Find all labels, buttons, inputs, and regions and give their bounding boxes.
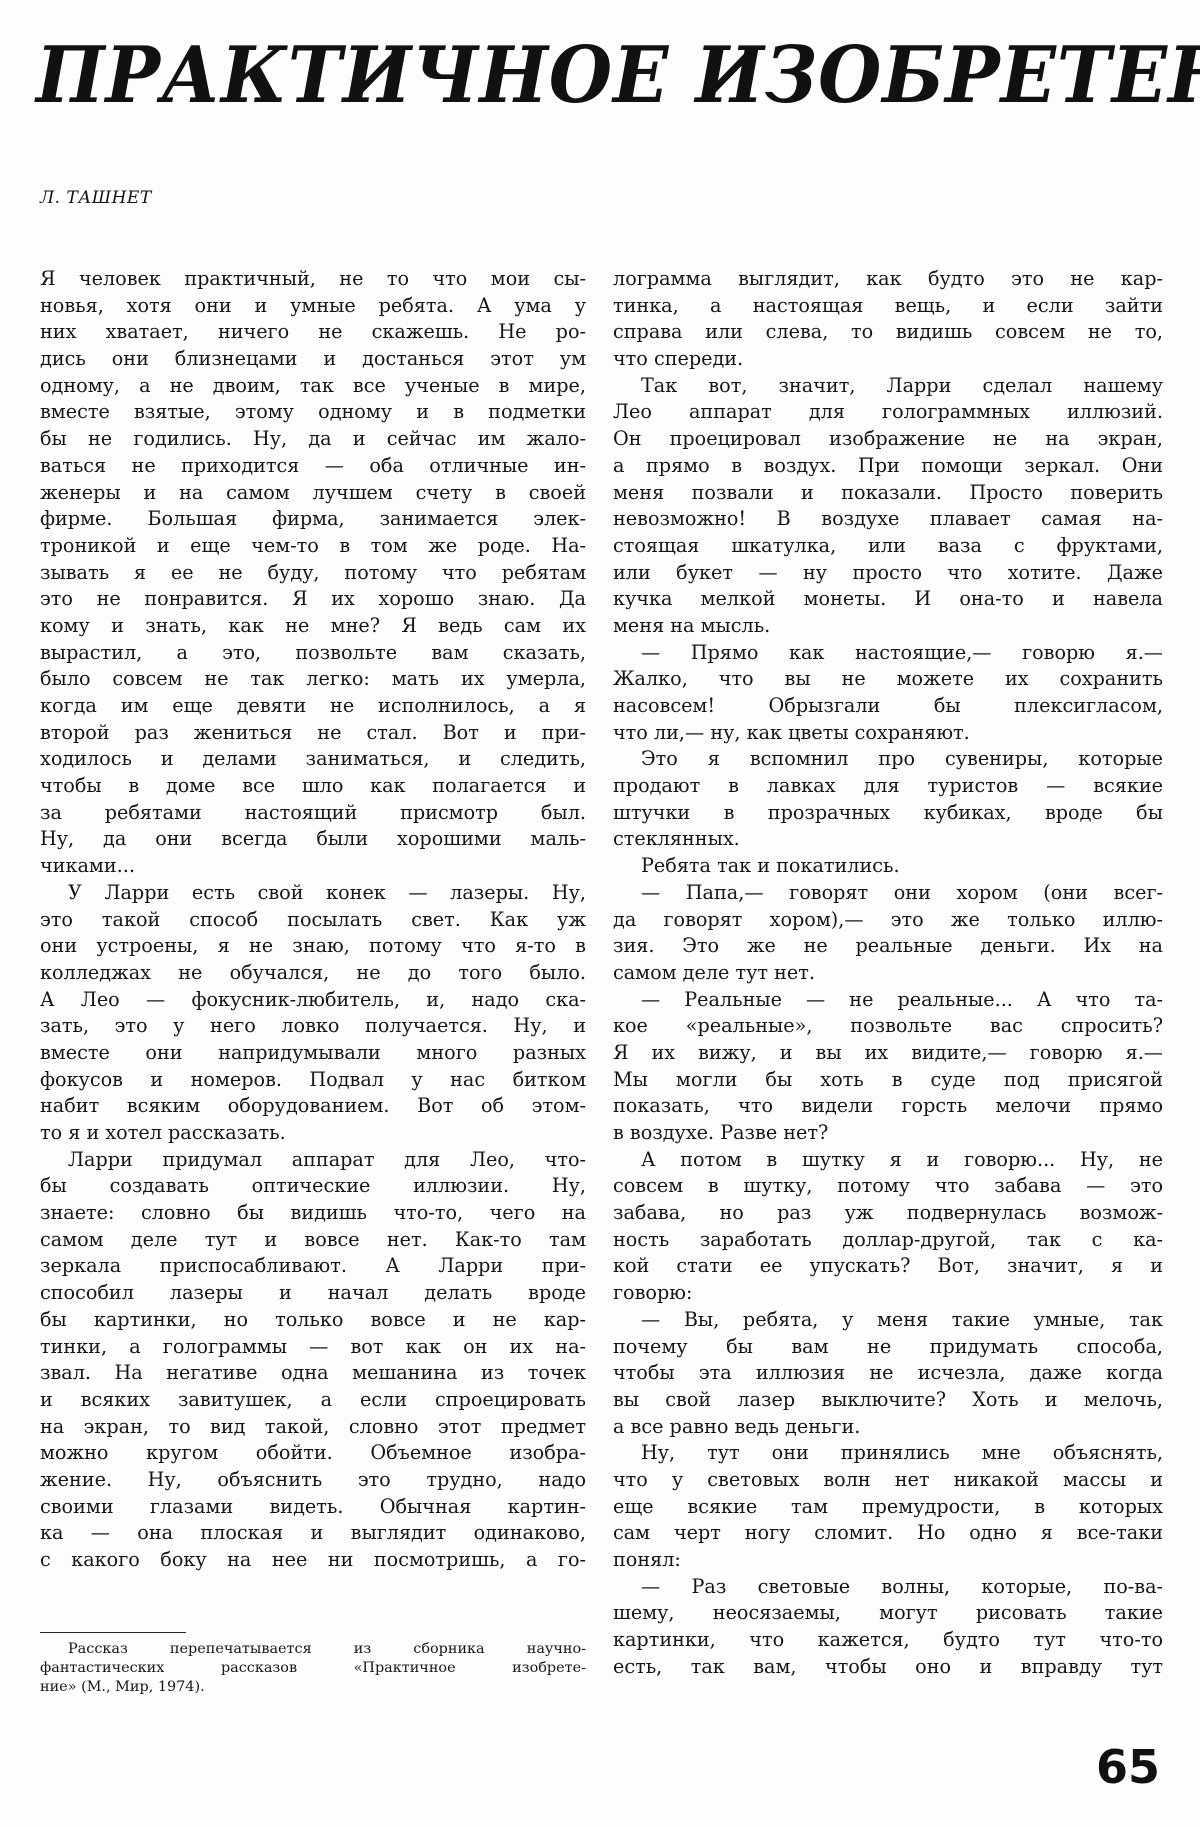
text-line: было совсем не так легко: мать их умерла…	[40, 666, 586, 693]
text-line: насовсем! Обрызгали бы плексигласом,	[613, 693, 1163, 720]
text-line: одному, а не двоим, так все ученые в мир…	[40, 373, 586, 400]
text-line: вырастил, а это, позвольте вам сказать,	[40, 640, 586, 667]
text-line: с какого боку на нее ни посмотришь, а го…	[40, 1547, 586, 1574]
text-line: А Лео — фокусник-любитель, и, надо ска-	[40, 987, 586, 1014]
text-line: за ребятами настоящий присмотр был.	[40, 800, 586, 827]
text-line: Ну, тут они принялись мне объяснять,	[613, 1440, 1163, 1467]
text-line: на экран, то вид такой, словно этот пред…	[40, 1414, 586, 1441]
text-line: троникой и еще чем-то в том же роде. На-	[40, 533, 586, 560]
text-line: жение. Ну, объяснить это трудно, надо	[40, 1467, 586, 1494]
text-line: сам черт ногу сломит. Но одно я все-таки	[613, 1520, 1163, 1547]
text-line: Лео аппарат для голограммных иллюзий.	[613, 399, 1163, 426]
text-line: Ларри придумал аппарат для Лео, что-	[40, 1147, 586, 1174]
text-line: — Прямо как настоящие,— говорю я.—	[613, 640, 1163, 667]
text-line: да говорят хором),— это же только иллю-	[613, 907, 1163, 934]
text-line: дись они близнецами и достанься этот ум	[40, 346, 586, 373]
text-line: есть, так вам, чтобы оно и вправду тут	[613, 1654, 1163, 1681]
page-number: 65	[1096, 1740, 1160, 1794]
text-line: кое «реальные», позвольте вас спросить?	[613, 1013, 1163, 1040]
text-line: и всяких завитушек, а если спроецировать	[40, 1387, 586, 1414]
text-line: бы создавать оптические иллюзии. Ну,	[40, 1173, 586, 1200]
text-line: забава, но раз уж подвернулась возмож-	[613, 1200, 1163, 1227]
text-line: говорю:	[613, 1280, 1163, 1307]
text-line: продают в лавках для туристов — всякие	[613, 773, 1163, 800]
text-line: вы свой лазер выключите? Хоть и мелочь,	[613, 1387, 1163, 1414]
text-line: почему бы вам не придумать способа,	[613, 1334, 1163, 1361]
text-line: звал. На негативе одна мешанина из точек	[40, 1360, 586, 1387]
text-line: фокусов и номеров. Подвал у нас битком	[40, 1067, 586, 1094]
text-line: — Реальные — не реальные... А что та-	[613, 987, 1163, 1014]
text-line: Рассказ перепечатывается из сборника нау…	[40, 1640, 586, 1659]
text-line: фантастических рассказов «Практичное изо…	[40, 1659, 586, 1678]
text-line: самом деле тут нет.	[613, 960, 1163, 987]
text-line: еще всякие там премудрости, в которых	[613, 1494, 1163, 1521]
text-line: совсем в шутку, потому что забава — это	[613, 1173, 1163, 1200]
text-line: женеры и на самом лучшем счету в своей	[40, 480, 586, 507]
text-line: вместе взятые, этому одному и в подметки	[40, 399, 586, 426]
text-line: а прямо в воздух. При помощи зеркал. Они	[613, 453, 1163, 480]
text-line: Жалко, что вы не можете их сохранить	[613, 666, 1163, 693]
text-line: а все равно ведь деньги.	[613, 1414, 1163, 1441]
text-line: шему, неосязаемы, могут рисовать такие	[613, 1600, 1163, 1627]
text-line: Так вот, значит, Ларри сделал нашему	[613, 373, 1163, 400]
text-line: это такой способ посылать свет. Как уж	[40, 907, 586, 934]
author-byline: Л. ТАШНЕТ	[40, 188, 152, 208]
text-line: штучки в прозрачных кубиках, вроде бы	[613, 800, 1163, 827]
text-line: что спереди.	[613, 346, 1163, 373]
text-line: А потом в шутку я и говорю... Ну, не	[613, 1147, 1163, 1174]
text-line: бы не годились. Ну, да и сейчас им жало-	[40, 426, 586, 453]
text-line: лограмма выглядит, как будто это не кар-	[613, 266, 1163, 293]
footnote-divider	[40, 1632, 186, 1633]
article-title: ПРАКТИЧНОЕ ИЗОБРЕТЕНИЕ	[36, 30, 1200, 121]
text-line: зать, это у него ловко получается. Ну, и	[40, 1013, 586, 1040]
text-line: что у световых волн нет никакой массы и	[613, 1467, 1163, 1494]
text-line: можно кругом обойти. Объемное изобра-	[40, 1440, 586, 1467]
text-line: ка — она плоская и выглядит одинаково,	[40, 1520, 586, 1547]
text-line: — Раз световые волны, которые, по-ва-	[613, 1574, 1163, 1601]
text-line: них хватает, ничего не скажешь. Не ро-	[40, 319, 586, 346]
text-line: набит всяким оборудованием. Вот об этом-	[40, 1093, 586, 1120]
text-line: понял:	[613, 1547, 1163, 1574]
text-line: ность заработать доллар-другой, так с ка…	[613, 1227, 1163, 1254]
text-line: ваться не приходится — оба отличные ин-	[40, 453, 586, 480]
text-line: в воздухе. Разве нет?	[613, 1120, 1163, 1147]
text-line: или букет — ну просто что хотите. Даже	[613, 560, 1163, 587]
text-line: то я и хотел рассказать.	[40, 1120, 586, 1147]
text-line: Ребята так и покатились.	[613, 853, 1163, 880]
text-line: Ну, да они всегда были хорошими маль-	[40, 826, 586, 853]
text-line: зывать я ее не буду, потому что ребятам	[40, 560, 586, 587]
text-line: зия. Это же не реальные деньги. Их на	[613, 933, 1163, 960]
text-line: это не понравится. Я их хорошо знаю. Да	[40, 586, 586, 613]
text-line: картинки, что кажется, будто тут что-то	[613, 1627, 1163, 1654]
text-line: новья, хотя они и умные ребята. А ума у	[40, 293, 586, 320]
text-line: тинка, а настоящая вещь, и если зайти	[613, 293, 1163, 320]
text-line: кучка мелкой монеты. И она-то и навела	[613, 586, 1163, 613]
text-line: тинки, а голограммы — вот как он их на-	[40, 1334, 586, 1361]
text-line: ходилось и делами заниматься, и следить,	[40, 746, 586, 773]
text-line: Он проецировал изображение не на экран,	[613, 426, 1163, 453]
text-line: Мы могли бы хоть в суде под присягой	[613, 1067, 1163, 1094]
text-line: своими глазами видеть. Обычная картин-	[40, 1494, 586, 1521]
text-line: ние» (М., Мир, 1974).	[40, 1678, 586, 1697]
text-line: показать, что видели горсть мелочи прямо	[613, 1093, 1163, 1120]
right-text-column: лограмма выглядит, как будто это не кар-…	[613, 266, 1163, 1680]
text-line: фирме. Большая фирма, занимается элек-	[40, 506, 586, 533]
text-line: меня позвали и показали. Просто поверить	[613, 480, 1163, 507]
text-line: чиками...	[40, 853, 586, 880]
text-line: справа или слева, то видишь совсем не то…	[613, 319, 1163, 346]
text-line: кой стати ее упускать? Вот, значит, я и	[613, 1253, 1163, 1280]
text-line: кому и знать, как не мне? Я ведь сам их	[40, 613, 586, 640]
text-line: колледжах не обучался, не до того было.	[40, 960, 586, 987]
text-line: самом деле тут и вовсе нет. Как-то там	[40, 1227, 586, 1254]
text-line: бы картинки, но только вовсе и не кар-	[40, 1307, 586, 1334]
text-line: стеклянных.	[613, 826, 1163, 853]
text-line: знаете: словно бы видишь что-то, чего на	[40, 1200, 586, 1227]
text-line: У Ларри есть свой конек — лазеры. Ну,	[40, 880, 586, 907]
text-line: Я человек практичный, не то что мои сы-	[40, 266, 586, 293]
text-line: чтобы эта иллюзия не исчезла, даже когда	[613, 1360, 1163, 1387]
text-line: зеркала приспосабливают. А Ларри при-	[40, 1253, 586, 1280]
text-line: стоящая шкатулка, или ваза с фруктами,	[613, 533, 1163, 560]
text-line: меня на мысль.	[613, 613, 1163, 640]
text-line: что ли,— ну, как цветы сохраняют.	[613, 720, 1163, 747]
text-line: когда им еще девяти не исполнилось, а я	[40, 693, 586, 720]
text-line: Я их вижу, и вы их видите,— говорю я.—	[613, 1040, 1163, 1067]
text-line: они устроены, я не знаю, потому что я-то…	[40, 933, 586, 960]
text-line: Это я вспомнил про сувениры, которые	[613, 746, 1163, 773]
left-text-column: Я человек практичный, не то что мои сы-н…	[40, 266, 586, 1574]
text-line: — Папа,— говорят они хором (они всег-	[613, 880, 1163, 907]
text-line: вместе они напридумывали много разных	[40, 1040, 586, 1067]
text-line: невозможно! В воздухе плавает самая на-	[613, 506, 1163, 533]
text-line: чтобы в доме все шло как полагается и	[40, 773, 586, 800]
text-line: второй раз жениться не стал. Вот и при-	[40, 720, 586, 747]
text-line: — Вы, ребята, у меня такие умные, так	[613, 1307, 1163, 1334]
text-line: способил лазеры и начал делать вроде	[40, 1280, 586, 1307]
footnote: Рассказ перепечатывается из сборника нау…	[40, 1640, 586, 1697]
